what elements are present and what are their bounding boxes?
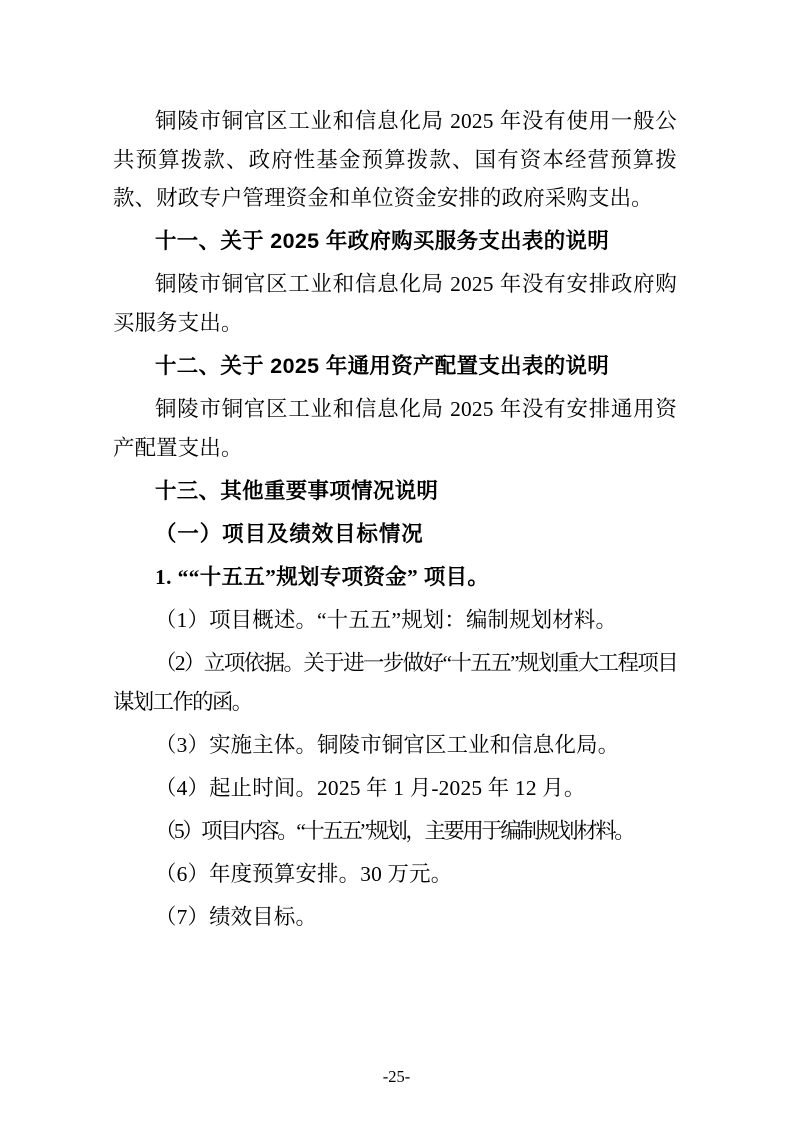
document-page: 铜陵市铜官区工业和信息化局 2025 年没有使用一般公共预算拨款、政府性基金预算… <box>0 0 793 1122</box>
para-asset-allocation-none: 铜陵市铜官区工业和信息化局 2025 年没有安排通用资产配置支出。 <box>113 390 677 467</box>
item-1-overview: （1）项目概述。“十五五”规划：编制规划材料。 <box>113 601 677 640</box>
item-6-budget: （6）年度预算安排。30 万元。 <box>113 855 677 894</box>
para-procurement-none: 铜陵市铜官区工业和信息化局 2025 年没有使用一般公共预算拨款、政府性基金预算… <box>113 102 677 218</box>
heading-subsection-1: （一）项目及绩效目标情况 <box>113 515 677 554</box>
para-purchased-services-none: 铜陵市铜官区工业和信息化局 2025 年没有安排政府购买服务支出。 <box>113 265 677 342</box>
item-5-content: （5）项目内容。“十五五”规划，主要用于编制规划材料。 <box>113 812 677 851</box>
heading-section-12: 十二、关于 2025 年通用资产配置支出表的说明 <box>113 347 677 386</box>
document-body: 铜陵市铜官区工业和信息化局 2025 年没有使用一般公共预算拨款、政府性基金预算… <box>113 102 677 941</box>
item-3-implementer: （3）实施主体。铜陵市铜官区工业和信息化局。 <box>113 726 677 765</box>
heading-project-1: 1. ““十五五”规划专项资金” 项目。 <box>113 558 677 597</box>
heading-section-11: 十一、关于 2025 年政府购买服务支出表的说明 <box>113 222 677 261</box>
item-4-duration: （4）起止时间。2025 年 1 月-2025 年 12 月。 <box>113 769 677 808</box>
item-2-basis: （2）立项依据。关于进一步做好“十五五”规划重大工程项目谋划工作的函。 <box>113 644 677 721</box>
item-7-performance: （7）绩效目标。 <box>113 898 677 937</box>
heading-section-13: 十三、其他重要事项情况说明 <box>113 472 677 511</box>
page-number: -25- <box>0 1066 793 1088</box>
